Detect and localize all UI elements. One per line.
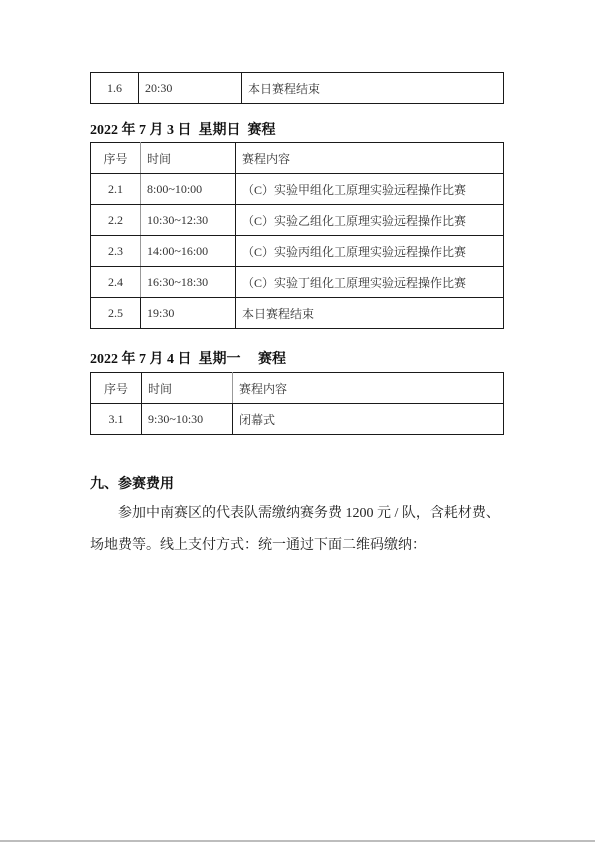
row-time: 16:30~18:30 (141, 267, 236, 298)
fees-section-heading: 九、参赛费用 (90, 473, 174, 493)
row-number: 1.6 (91, 73, 139, 104)
row-number: 2.3 (91, 236, 141, 267)
row-content: （C）实验丙组化工原理实验远程操作比赛 (236, 236, 504, 267)
row-number: 2.4 (91, 267, 141, 298)
row-content: 本日赛程结束 (236, 298, 504, 329)
schedule-table-day3: 序号 时间 赛程内容 2.1 8:00~10:00 （C）实验甲组化工原理实验远… (90, 142, 504, 329)
row-time: 9:30~10:30 (142, 404, 233, 435)
row-number: 2.5 (91, 298, 141, 329)
row-number: 3.1 (91, 404, 142, 435)
fees-paragraph-line-2: 场地费等。线上支付方式：统一通过下面二维码缴纳： (90, 530, 506, 562)
row-time: 14:00~16:00 (141, 236, 236, 267)
row-time: 20:30 (139, 73, 242, 104)
schedule-table-day4: 序号 时间 赛程内容 3.1 9:30~10:30 闭幕式 (90, 372, 504, 435)
day4-heading: 2022 年 7 月 4 日 星期一 赛程 (90, 348, 286, 368)
row-content: 本日赛程结束 (242, 73, 504, 104)
table-header-row: 序号 时间 赛程内容 (91, 143, 504, 174)
row-content: 闭幕式 (233, 404, 504, 435)
fees-text-2: 场地费等。线上支付方式：统一通过下面二维码缴纳： (90, 538, 426, 553)
table-row: 2.1 8:00~10:00 （C）实验甲组化工原理实验远程操作比赛 (91, 174, 504, 205)
schedule-table-day2-tail: 1.6 20:30 本日赛程结束 (90, 72, 504, 104)
table-row: 3.1 9:30~10:30 闭幕式 (91, 404, 504, 435)
row-time: 8:00~10:00 (141, 174, 236, 205)
fees-paragraph-line-1: 参加中南赛区的代表队需缴纳赛务费 1200 元 / 队，含耗材费、 (90, 498, 506, 530)
row-number: 2.2 (91, 205, 141, 236)
table-row: 2.4 16:30~18:30 （C）实验丁组化工原理实验远程操作比赛 (91, 267, 504, 298)
row-time: 10:30~12:30 (141, 205, 236, 236)
row-number: 2.1 (91, 174, 141, 205)
column-header-content: 赛程内容 (233, 373, 504, 404)
table-row: 2.2 10:30~12:30 （C）实验乙组化工原理实验远程操作比赛 (91, 205, 504, 236)
table-row: 2.5 19:30 本日赛程结束 (91, 298, 504, 329)
row-time: 19:30 (141, 298, 236, 329)
table-row: 1.6 20:30 本日赛程结束 (91, 73, 504, 104)
column-header-number: 序号 (91, 373, 142, 404)
table-row: 2.3 14:00~16:00 （C）实验丙组化工原理实验远程操作比赛 (91, 236, 504, 267)
row-content: （C）实验乙组化工原理实验远程操作比赛 (236, 205, 504, 236)
column-header-time: 时间 (141, 143, 236, 174)
row-content: （C）实验甲组化工原理实验远程操作比赛 (236, 174, 504, 205)
day3-heading: 2022 年 7 月 3 日 星期日 赛程 (90, 119, 276, 139)
table-header-row: 序号 时间 赛程内容 (91, 373, 504, 404)
row-content: （C）实验丁组化工原理实验远程操作比赛 (236, 267, 504, 298)
fees-text-1: 参加中南赛区的代表队需缴纳赛务费 1200 元 / 队，含耗材费、 (118, 506, 500, 521)
column-header-content: 赛程内容 (236, 143, 504, 174)
column-header-number: 序号 (91, 143, 141, 174)
column-header-time: 时间 (142, 373, 233, 404)
